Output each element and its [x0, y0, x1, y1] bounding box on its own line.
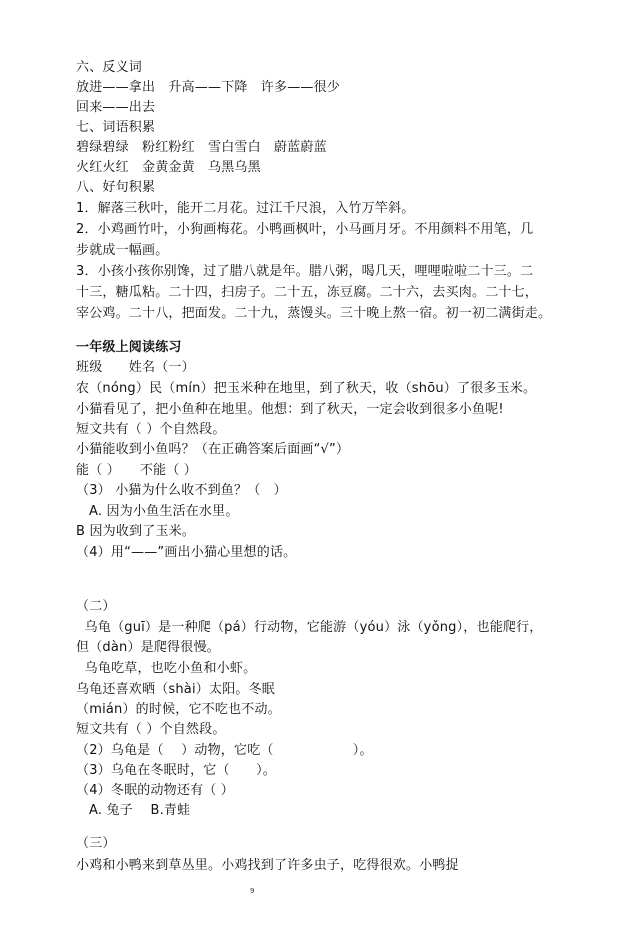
- passage-line: 农（nóng）民（mín）把玉米种在地里，到了秋天，收（shōu）了很多玉米。: [76, 379, 536, 399]
- sentence-line: 十三，糖瓜粘。二十四，扫房子。二十五，冻豆腐。二十六，去买肉。二十七，: [76, 283, 538, 303]
- question-line: 短文共有（ ）个自然段。: [76, 720, 226, 740]
- document-page: 六、反义词 放进——拿出 升高——下降 许多——很少 回来——出去 七、词语积累…: [0, 0, 628, 947]
- question-line: （2）乌龟是（ ）动物，它吃（ ）。: [76, 741, 373, 761]
- passage-line: 但（dàn）是爬得很慢。: [76, 638, 220, 658]
- question-line: 小猫能收到小鱼吗？（在正确答案后面画“√”）: [76, 440, 349, 460]
- section-heading-sentences: 八、好句积累: [76, 178, 155, 198]
- sentence-line: 宰公鸡。二十八，把面发。二十九，蒸馒头。三十晚上熬一宿。初一初二满街走。: [76, 304, 551, 324]
- vocabulary-line: 碧绿碧绿 粉红粉红 雪白雪白 蔚蓝蔚蓝: [76, 138, 327, 158]
- option-line: A. 因为小鱼生活在水里。: [76, 502, 239, 522]
- passage-line: （mián）的时候，它不吃也不动。: [76, 700, 281, 720]
- part-label: （二）: [76, 597, 116, 617]
- passage-line: 小猫看见了，把小鱼种在地里。他想：到了秋天，一定会收到很多小鱼呢!: [76, 400, 504, 420]
- sentence-line: 1．解落三秋叶，能开二月花。过江千尺浪，入竹万竿斜。: [76, 199, 414, 219]
- passage-line: 乌龟（guī）是一种爬（pá）行动物，它能游（yóu）泳（yǒng），也能爬行，: [76, 618, 543, 638]
- class-name-line: 班级 姓名（一）: [76, 358, 195, 378]
- question-line: （3） 小猫为什么收不到鱼？（ ）: [76, 481, 287, 501]
- page-number: 9: [250, 886, 254, 896]
- question-line: 能（ ） 不能（ ）: [76, 461, 197, 481]
- question-line: （3）乌龟在冬眠时，它（ ）。: [76, 761, 276, 781]
- section-heading-vocabulary: 七、词语积累: [76, 118, 155, 138]
- option-line: A. 兔子 B.青蛙: [76, 801, 190, 821]
- section-heading-antonyms: 六、反义词: [76, 58, 142, 78]
- sentence-line: 步就成一幅画。: [76, 241, 168, 261]
- question-line: （4）用“——”画出小猫心里想的话。: [76, 543, 296, 563]
- reading-title: 一年级上阅读练习: [76, 338, 182, 358]
- option-line: B 因为收到了玉米。: [76, 522, 195, 542]
- sentence-line: 2．小鸡画竹叶，小狗画梅花。小鸭画枫叶，小马画月牙。不用颜料不用笔，几: [76, 220, 533, 240]
- question-line: 短文共有（ ）个自然段。: [76, 420, 226, 440]
- part-label: （三）: [76, 834, 116, 854]
- antonym-line: 回来——出去: [76, 98, 155, 118]
- antonym-line: 放进——拿出 升高——下降 许多——很少: [76, 78, 340, 98]
- passage-line: 乌龟还喜欢晒（shài）太阳。冬眠: [76, 680, 275, 700]
- vocabulary-line: 火红火红 金黄金黄 乌黑乌黑: [76, 158, 261, 178]
- sentence-line: 3．小孩小孩你别馋，过了腊八就是年。腊八粥，喝几天，哩哩啦啦二十三。二: [76, 262, 533, 282]
- question-line: （4）冬眠的动物还有（ ）: [76, 781, 234, 801]
- passage-line: 小鸡和小鸭来到草丛里。小鸡找到了许多虫子，吃得很欢。小鸭捉: [76, 856, 459, 876]
- passage-line: 乌龟吃草，也吃小鱼和小虾。: [76, 659, 256, 679]
